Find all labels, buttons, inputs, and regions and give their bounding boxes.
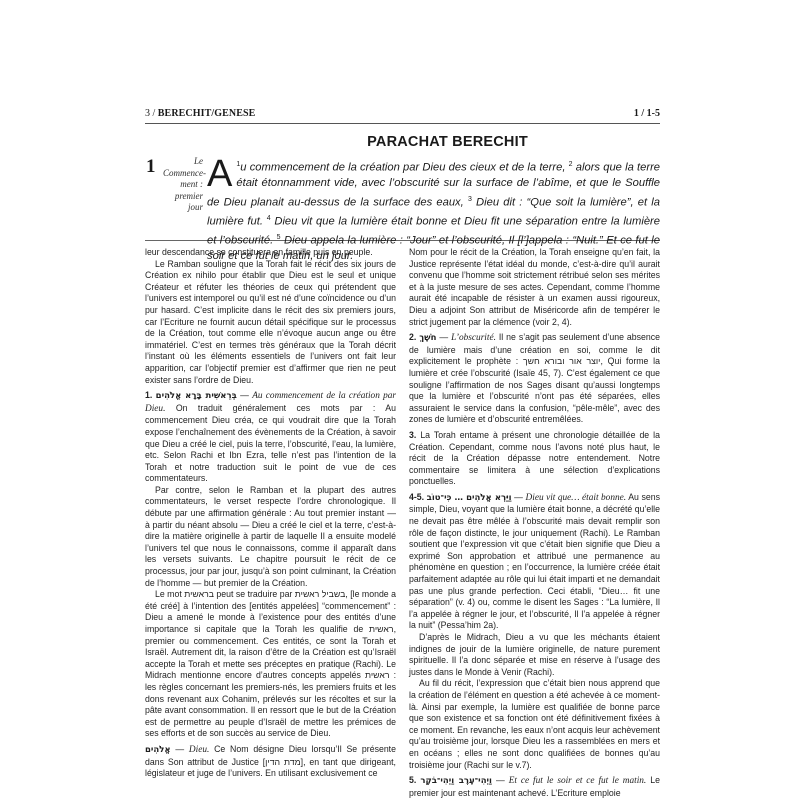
gloss-line: premier — [163, 191, 203, 203]
verse-number: 3 — [468, 196, 472, 203]
verse-translation: 1Au commencement de la création par Dieu… — [207, 157, 660, 264]
lemma-entry: אֱלֹהִים — Dieu. Ce Nom désigne Dieu lor… — [145, 744, 396, 780]
lemma-text: Il ne s’agit pas seulement d’une absence… — [409, 332, 660, 424]
page-number: 3 / — [145, 108, 155, 119]
commentary-right-column: Nom pour le récit de la Création, la Tor… — [409, 247, 660, 799]
chapter-verse-range: 1 / 1-5 — [634, 108, 660, 119]
document-page: 3 / BERECHIT/GENESE 1 / 1-5 PARACHAT BER… — [145, 108, 660, 799]
lemma-gloss: Et ce fut le soir et ce fut le matin. — [509, 776, 647, 786]
lemma-text: On traduit généralement ces mots par : A… — [145, 403, 396, 484]
lemma-entry: 1. בְּרֵאשִׁית בָּרָא אֱלֹהִים — Au comm… — [145, 390, 396, 485]
verse-block: 1 Le Commence- ment : premier jour 1Au c… — [145, 154, 660, 236]
lemma-text: La Torah entame à présent une chronologi… — [409, 430, 660, 486]
book-title: BERECHIT/GENESE — [158, 108, 256, 119]
lemma-number: 1. — [145, 390, 152, 400]
lemma-number: 5. — [409, 775, 416, 785]
hebrew-lemma: חֹשֶׁךְ — [419, 333, 436, 343]
paragraph: Le Ramban souligne que la Torah fait le … — [145, 259, 396, 387]
verse-number: 5 — [277, 234, 281, 241]
lemma-text: Ce Nom désigne Dieu lorsqu’Il Se présent… — [145, 744, 396, 778]
lemma-gloss: Dieu. — [189, 745, 209, 755]
running-head-left: 3 / BERECHIT/GENESE — [145, 108, 255, 119]
lemma-number: 2. — [409, 332, 416, 342]
gloss-line: Commence- — [163, 168, 203, 180]
drop-cap: A — [207, 159, 232, 189]
parashah-title: PARACHAT BERECHIT — [235, 134, 660, 150]
paragraph: Par contre, selon le Ramban et la plupar… — [145, 485, 396, 589]
verse-number: 2 — [569, 161, 573, 168]
paragraph: Le mot בראשית peut se traduire par בשביל… — [145, 589, 396, 740]
running-head: 3 / BERECHIT/GENESE 1 / 1-5 — [145, 108, 660, 124]
paragraph: D’après le Midrach, Dieu a vu que les mé… — [409, 632, 660, 678]
verse-text: u commencement de la création par Dieu d… — [240, 162, 568, 174]
commentary-left-column: leur descendance se constituera en famil… — [145, 247, 396, 799]
gloss-line: jour — [163, 202, 203, 214]
verse-number: 4 — [267, 215, 271, 222]
lemma-entry: 4-5. וַיַּרְא אֱלֹהִים … כִּי־טוֹב — Die… — [409, 492, 660, 632]
lemma-gloss: Dieu vit que… était bonne. — [526, 493, 627, 503]
commentary-columns: leur descendance se constituera en famil… — [145, 247, 660, 799]
lemma-entry: 2. חֹשֶׁךְ — L’obscurité. Il ne s’agit p… — [409, 332, 660, 426]
paragraph: Au fil du récit, l’expression que c’étai… — [409, 678, 660, 771]
lemma-entry: 5. וַיְהִי־עֶרֶב וַיְהִי־בֹקֶר — Et ce f… — [409, 775, 660, 799]
hebrew-lemma: וַיְהִי־עֶרֶב וַיְהִי־בֹקֶר — [420, 776, 492, 786]
gloss-line: Le — [163, 156, 203, 168]
hebrew-lemma: אֱלֹהִים — [145, 745, 171, 755]
lemma-gloss: L’obscurité. — [451, 333, 496, 343]
gloss-line: ment : — [163, 179, 203, 191]
hebrew-lemma: וַיַּרְא אֱלֹהִים … כִּי־טוֹב — [427, 493, 512, 503]
lemma-number: 4-5. — [409, 492, 424, 502]
lemma-text: Au sens simple, Dieu, voyant que la lumi… — [409, 492, 660, 631]
hebrew-lemma: בְּרֵאשִׁית בָּרָא אֱלֹהִים — [156, 391, 237, 401]
margin-gloss: Le Commence- ment : premier jour — [163, 156, 203, 214]
lemma-number: 3. — [409, 430, 416, 440]
chapter-number: 1 — [146, 156, 156, 178]
lemma-entry: 3. La Torah entame à présent une chronol… — [409, 430, 660, 488]
